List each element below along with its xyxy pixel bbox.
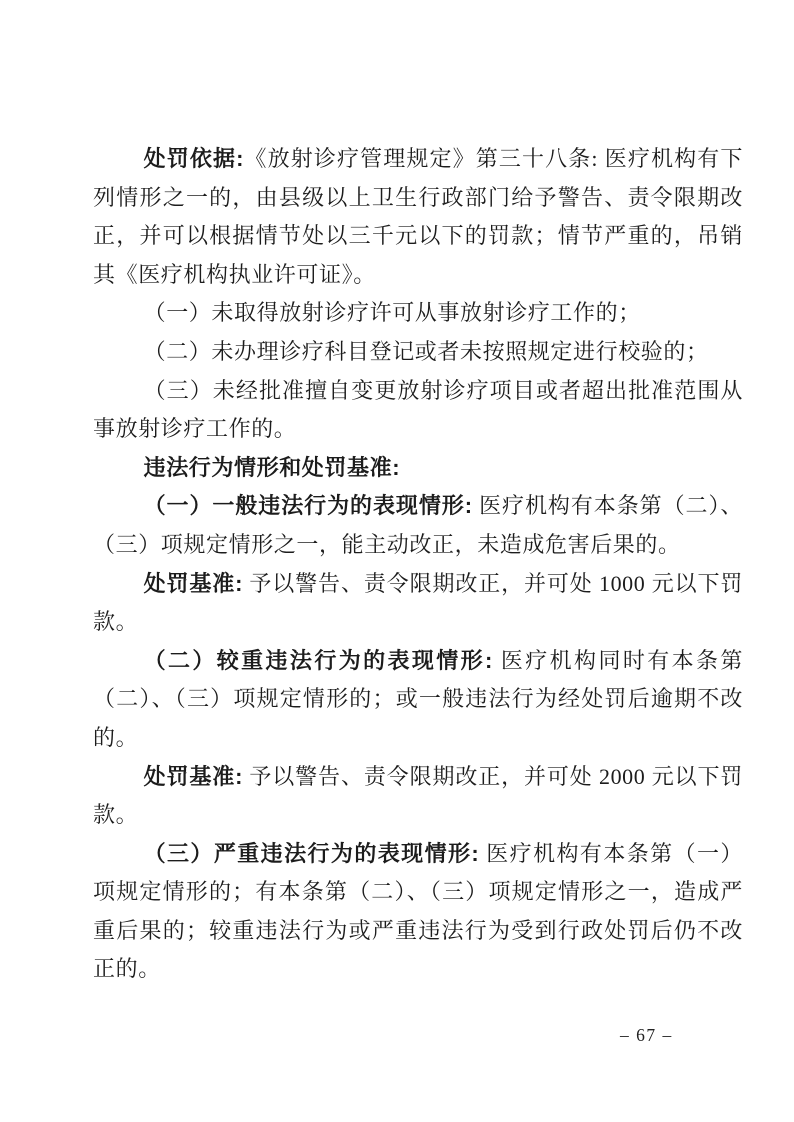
document-page: 处罚依据:《放射诊疗管理规定》第三十八条: 医疗机构有下列情形之一的，由县级以上…	[0, 0, 794, 1122]
bold-heading-segment: （二）较重违法行为的表现情形:	[144, 648, 493, 673]
body-text-segment: （一）未取得放射诊疗许可从事放射诊疗工作的；	[144, 300, 641, 325]
paragraph-moderate-penalty: 处罚基准: 予以警告、责令限期改正，并可处 2000 元以下罚款。	[93, 758, 743, 835]
bold-heading-segment: 处罚基准:	[144, 571, 243, 596]
page-number: – 67 –	[620, 1025, 673, 1046]
paragraph-moderate-violation: （二）较重违法行为的表现情形: 医疗机构同时有本条第（二）、（三）项规定情形的；…	[93, 642, 743, 758]
paragraph-item-2: （二）未办理诊疗科目登记或者未按照规定进行校验的；	[93, 333, 743, 372]
bold-heading-segment: （一）一般违法行为的表现情形:	[144, 493, 473, 518]
bold-heading-segment: 处罚基准:	[144, 764, 243, 789]
paragraph-penalty-basis: 处罚依据:《放射诊疗管理规定》第三十八条: 医疗机构有下列情形之一的，由县级以上…	[93, 140, 743, 294]
paragraph-item-3: （三）未经批准擅自变更放射诊疗项目或者超出批准范围从事放射诊疗工作的。	[93, 372, 743, 449]
paragraph-general-penalty: 处罚基准: 予以警告、责令限期改正，并可处 1000 元以下罚款。	[93, 565, 743, 642]
bold-heading-segment: 处罚依据:	[144, 146, 244, 171]
body-text-segment: （三）未经批准擅自变更放射诊疗项目或者超出批准范围从事放射诊疗工作的。	[93, 378, 743, 442]
bold-heading-segment: 违法行为情形和处罚基准:	[144, 455, 401, 480]
paragraph-severe-violation: （三）严重违法行为的表现情形: 医疗机构有本条第（一）项规定情形的；有本条第（二…	[93, 835, 743, 989]
paragraph-violation-standards-heading: 违法行为情形和处罚基准:	[93, 449, 743, 488]
document-body: 处罚依据:《放射诊疗管理规定》第三十八条: 医疗机构有下列情形之一的，由县级以上…	[93, 140, 743, 989]
paragraph-general-violation: （一）一般违法行为的表现情形: 医疗机构有本条第（二）、（三）项规定情形之一，能…	[93, 487, 743, 564]
bold-heading-segment: （三）严重违法行为的表现情形:	[144, 841, 480, 866]
body-text-segment: （二）未办理诊疗科目登记或者未按照规定进行校验的；	[144, 339, 709, 364]
paragraph-item-1: （一）未取得放射诊疗许可从事放射诊疗工作的；	[93, 294, 743, 333]
